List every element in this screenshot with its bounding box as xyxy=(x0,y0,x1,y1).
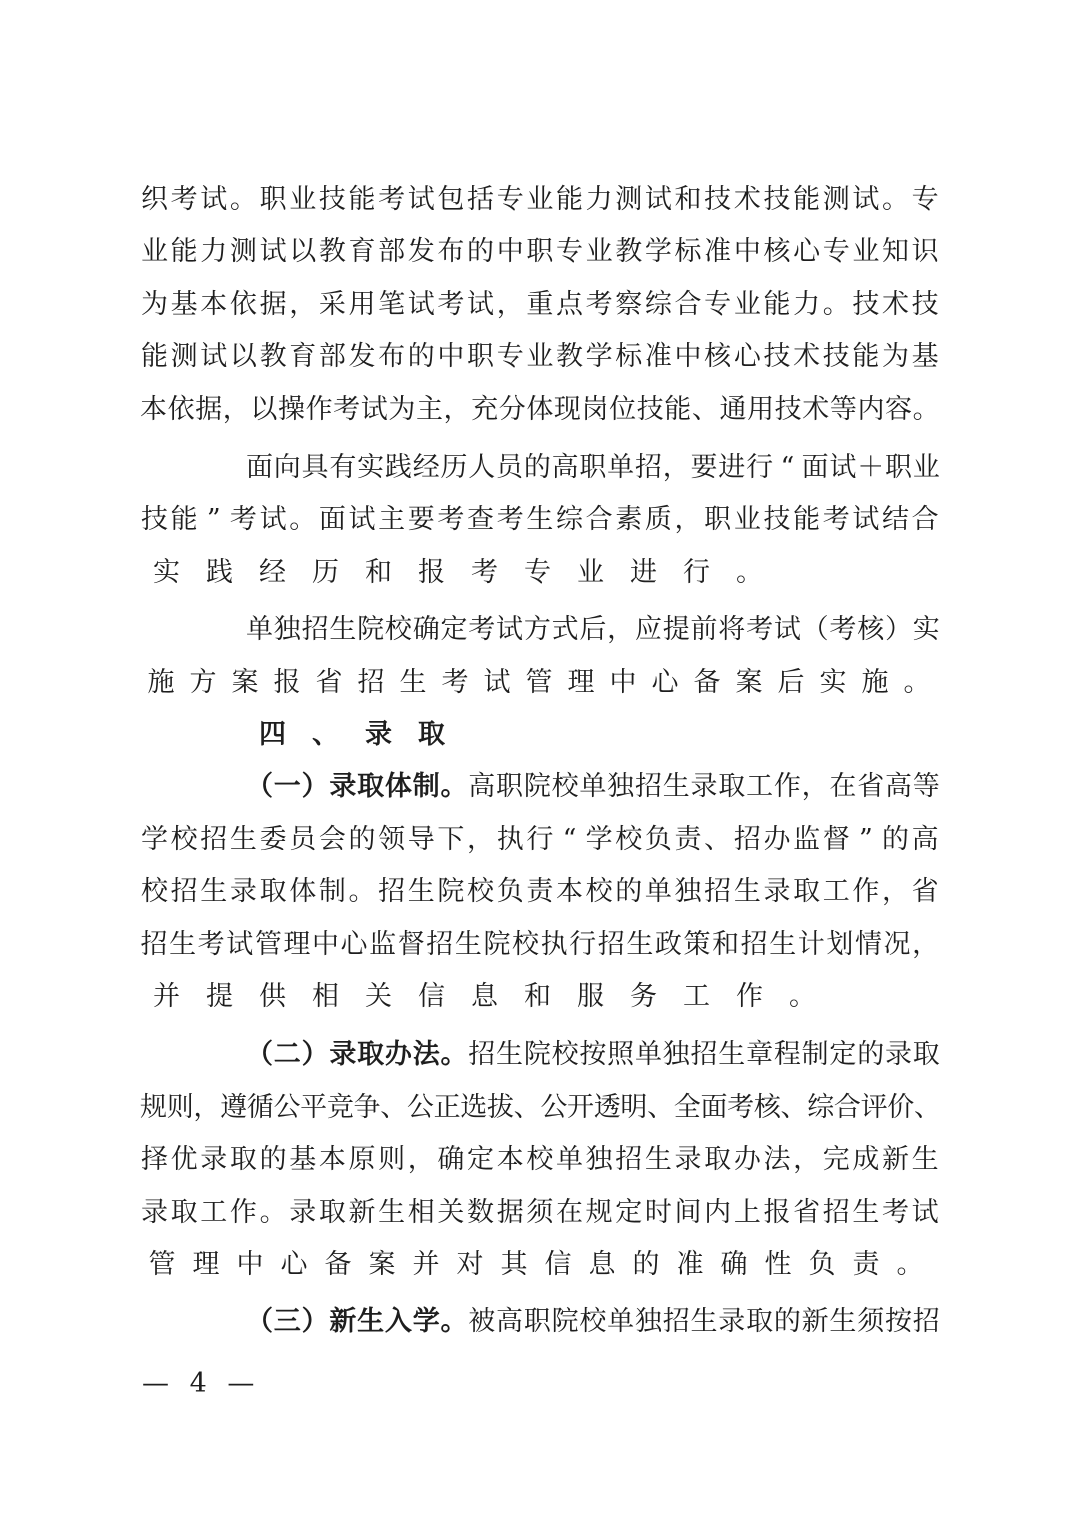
document-page: 织考试。职业技能考试包括专业能力测试和技术技能测试。专业能力测试以教育部发布的中… xyxy=(0,0,1074,1520)
text-line: （一）录取体制。高职院校单独招生录取工作，在省高等 xyxy=(246,767,940,807)
text-line: 录取工作。录取新生相关数据须在规定时间内上报省招生考试 xyxy=(140,1193,940,1233)
text-line: 织考试。职业技能考试包括专业能力测试和技术技能测试。专 xyxy=(140,180,940,220)
text-line: 规则，遵循公平竞争、公正选拔、公开透明、全面考核、综合评价、 xyxy=(140,1088,940,1128)
text-line: 并提供相关信息和服务工作。 xyxy=(140,977,940,1017)
text-line: 施方案报省招生考试管理中心备案后实施。 xyxy=(140,663,940,703)
text-line: 实践经历和报考专业进行。 xyxy=(140,553,940,593)
text-line: 技能”考试。面试主要考查考生综合素质，职业技能考试结合 xyxy=(140,500,940,540)
text-line: 学校招生委员会的领导下，执行“学校负责、招办监督”的高 xyxy=(140,820,940,860)
text-line: 本依据，以操作考试为主，充分体现岗位技能、通用技术等内容。 xyxy=(140,390,940,430)
text-line: （二）录取办法。招生院校按照单独招生章程制定的录取 xyxy=(246,1035,940,1075)
text-line: 为基本依据，采用笔试考试，重点考察综合专业能力。技术技 xyxy=(140,285,940,325)
page-number: — 4 — xyxy=(142,1364,260,1404)
text-line: 能测试以教育部发布的中职专业教学标准中核心技术技能为基 xyxy=(140,337,940,377)
section-heading: 四、录取 xyxy=(246,715,940,755)
text-line: 业能力测试以教育部发布的中职专业教学标准中核心专业知识 xyxy=(140,232,940,272)
text-line: （三）新生入学。被高职院校单独招生录取的新生须按招 xyxy=(246,1302,940,1342)
text-line: 面向具有实践经历人员的高职单招，要进行“面试＋职业 xyxy=(246,448,940,488)
text-line: 招生考试管理中心监督招生院校执行招生政策和招生计划情况， xyxy=(140,925,940,965)
text-line: 校招生录取体制。招生院校负责本校的单独招生录取工作，省 xyxy=(140,872,940,912)
text-line: 择优录取的基本原则，确定本校单独招生录取办法，完成新生 xyxy=(140,1140,940,1180)
text-line: 管理中心备案并对其信息的准确性负责。 xyxy=(140,1245,940,1285)
text-line: 单独招生院校确定考试方式后，应提前将考试（考核）实 xyxy=(246,610,940,650)
